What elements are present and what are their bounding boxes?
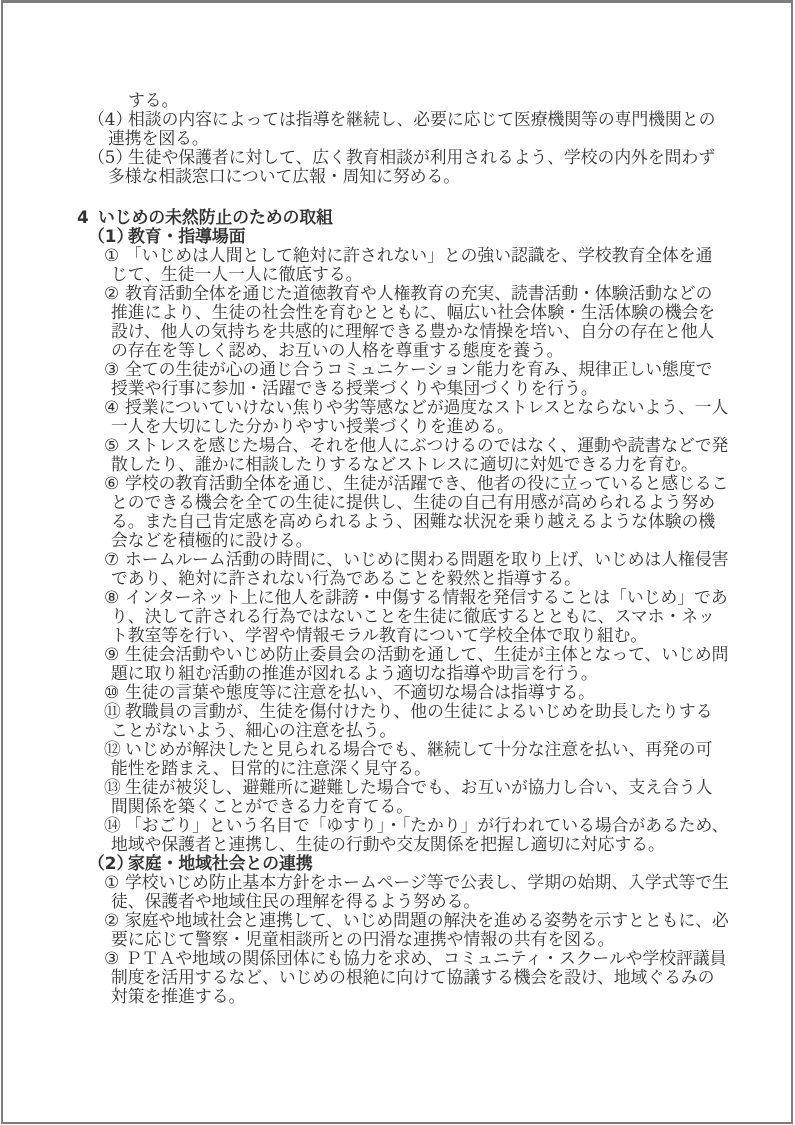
item-text: 生徒の言葉や態度等に注意を払い、不適切な場合は指導する。 [125,682,595,702]
item-text: 相談の内容によっては指導を継続し、必要に応じて医療機関等の専門機関との連携を図る… [108,109,715,148]
list-item: ③ＰＴＡや地域の関係団体にも協力を求め、コミュニティ・スクールや学校評議員制度を… [3,949,729,1006]
subsection-heading: （1）教育・指導場面 [3,227,729,246]
item-text: 授業についていけない焦りや劣等感などが過度なストレスとならないよう、一人一人を大… [111,397,728,436]
item-marker: ② [104,284,125,303]
item-marker: ⑧ [104,588,125,607]
list-item: ⑭「おごり」という名目で「ゆすり」・「たかり」が行われている場合があるため、地域… [3,816,729,854]
list-item: ⑪教職員の言動が、生徒を傷付けたり、他の生徒によるいじめを助長したりすることがな… [3,702,729,740]
item-marker: ⑦ [104,550,125,569]
item-text: する。 [128,90,178,110]
item-text: 教育活動全体を通じた道徳教育や人権教育の充実、読書活動・体験活動などの推進により… [111,283,715,360]
item-marker: （4） [88,110,128,129]
document-content: する。 （4）相談の内容によっては指導を継続し、必要に応じて医療機関等の専門機関… [3,3,791,1006]
item-text: ＰＴＡや地域の関係団体にも協力を求め、コミュニティ・スクールや学校評議員制度を活… [111,948,726,1006]
list-item: ⑥学校の教育活動全体を通じ、生徒が活躍でき、他者の役に立っていると感じることので… [3,474,729,550]
item-marker: ④ [104,398,125,417]
item-marker: ⑪ [104,702,125,721]
item-marker: ③ [104,360,125,379]
list-item: ⑧インターネット上に他人を誹謗・中傷する情報を発信することは「いじめ」であり、決… [3,588,729,645]
list-item: （5）生徒や保護者に対して、広く教育相談が利用されるよう、学校の内外を問わず多様… [3,148,729,186]
item-marker: ⑫ [104,740,125,759]
item-text: 「いじめは人間として絶対に許されない」との強い認識を、学校教育全体を通じて、生徒… [111,245,712,284]
item-text: 生徒や保護者に対して、広く教育相談が利用されるよう、学校の内外を問わず多様な相談… [108,147,715,186]
list-item: ⑨生徒会活動やいじめ防止委員会の活動を通して、生徒が主体となって、いじめ問題に取… [3,645,729,683]
list-item: ④授業についていけない焦りや劣等感などが過度なストレスとならないよう、一人一人を… [3,398,729,436]
item-text: ストレスを感じた場合、それを他人にぶつけるのではなく、運動や読書などで発散したり… [111,435,728,474]
list-item: ⑩生徒の言葉や態度等に注意を払い、不適切な場合は指導する。 [3,683,729,702]
item-text: 家庭や地域社会と連携して、いじめ問題の解決を進める姿勢を示すとともに、必要に応じ… [111,910,729,949]
subsection-marker: （2） [88,854,128,873]
list-item: ③全ての生徒が心の通じ合うコミュニケーション能力を育み、規律正しい態度で授業や行… [3,360,729,398]
list-item: ⑬生徒が被災し、避難所に避難した場合でも、お互いが協力し合い、支え合う人間関係を… [3,778,729,816]
item-marker: （5） [88,148,128,167]
subsection-marker: （1） [88,227,128,246]
subsection-heading: （2）家庭・地域社会との連携 [3,854,729,873]
item-marker: ⑬ [104,778,125,797]
item-text: 学校いじめ防止基本方針をホームページ等で公表し、学期の始期、入学式等で生徒、保護… [111,872,729,911]
continuation-line: する。 [3,91,729,110]
list-item: ②家庭や地域社会と連携して、いじめ問題の解決を進める姿勢を示すとともに、必要に応… [3,911,729,949]
section-number: 4 [77,208,98,227]
list-item: （4）相談の内容によっては指導を継続し、必要に応じて医療機関等の専門機関との連携… [3,110,729,148]
list-item: ⑫いじめが解決したと見られる場合でも、継続して十分な注意を払い、再発の可能性を踏… [3,740,729,778]
item-text: インターネット上に他人を誹謗・中傷する情報を発信することは「いじめ」であり、決し… [111,587,728,645]
item-marker: ① [104,246,125,265]
item-marker: ② [104,911,125,930]
subsection-title: 教育・指導場面 [128,226,245,246]
list-item: ⑤ストレスを感じた場合、それを他人にぶつけるのではなく、運動や読書などで発散した… [3,436,729,474]
item-marker: ⑩ [104,683,125,702]
item-text: 「おごり」という名目で「ゆすり」・「たかり」が行われている場合があるため、地域や… [111,815,728,854]
item-marker: ⑨ [104,645,125,664]
list-item: ①学校いじめ防止基本方針をホームページ等で公表し、学期の始期、入学式等で生徒、保… [3,873,729,911]
item-text: いじめが解決したと見られる場合でも、継続して十分な注意を払い、再発の可能性を踏ま… [111,739,712,778]
list-item: ②教育活動全体を通じた道徳教育や人権教育の充実、読書活動・体験活動などの推進によ… [3,284,729,360]
document-page: する。 （4）相談の内容によっては指導を継続し、必要に応じて医療機関等の専門機関… [1,0,793,1124]
item-text: ホームルーム活動の時間に、いじめに関わる問題を取り上げ、いじめは人権侵害であり、… [111,549,728,588]
section-title: いじめの未然防止のための取組 [98,207,333,227]
item-marker: ① [104,873,125,892]
item-marker: ⑭ [104,816,125,835]
item-text: 教職員の言動が、生徒を傷付けたり、他の生徒によるいじめを助長したりすることがない… [111,701,712,740]
subsection-title: 家庭・地域社会との連携 [128,853,313,873]
item-text: 生徒が被災し、避難所に避難した場合でも、お互いが協力し合い、支え合う人間関係を築… [111,777,712,816]
list-item: ①「いじめは人間として絶対に許されない」との強い認識を、学校教育全体を通じて、生… [3,246,729,284]
item-text: 全ての生徒が心の通じ合うコミュニケーション能力を育み、規律正しい態度で授業や行事… [111,359,712,398]
item-text: 学校の教育活動全体を通じ、生徒が活躍でき、他者の役に立っていると感じることのでき… [111,473,728,550]
item-marker: ⑥ [104,474,125,493]
item-marker: ⑤ [104,436,125,455]
section-heading: 4いじめの未然防止のための取組 [3,208,729,227]
list-item: ⑦ホームルーム活動の時間に、いじめに関わる問題を取り上げ、いじめは人権侵害であり… [3,550,729,588]
item-text: 生徒会活動やいじめ防止委員会の活動を通して、生徒が主体となって、いじめ問題に取り… [111,644,728,683]
item-marker: ③ [104,949,125,968]
